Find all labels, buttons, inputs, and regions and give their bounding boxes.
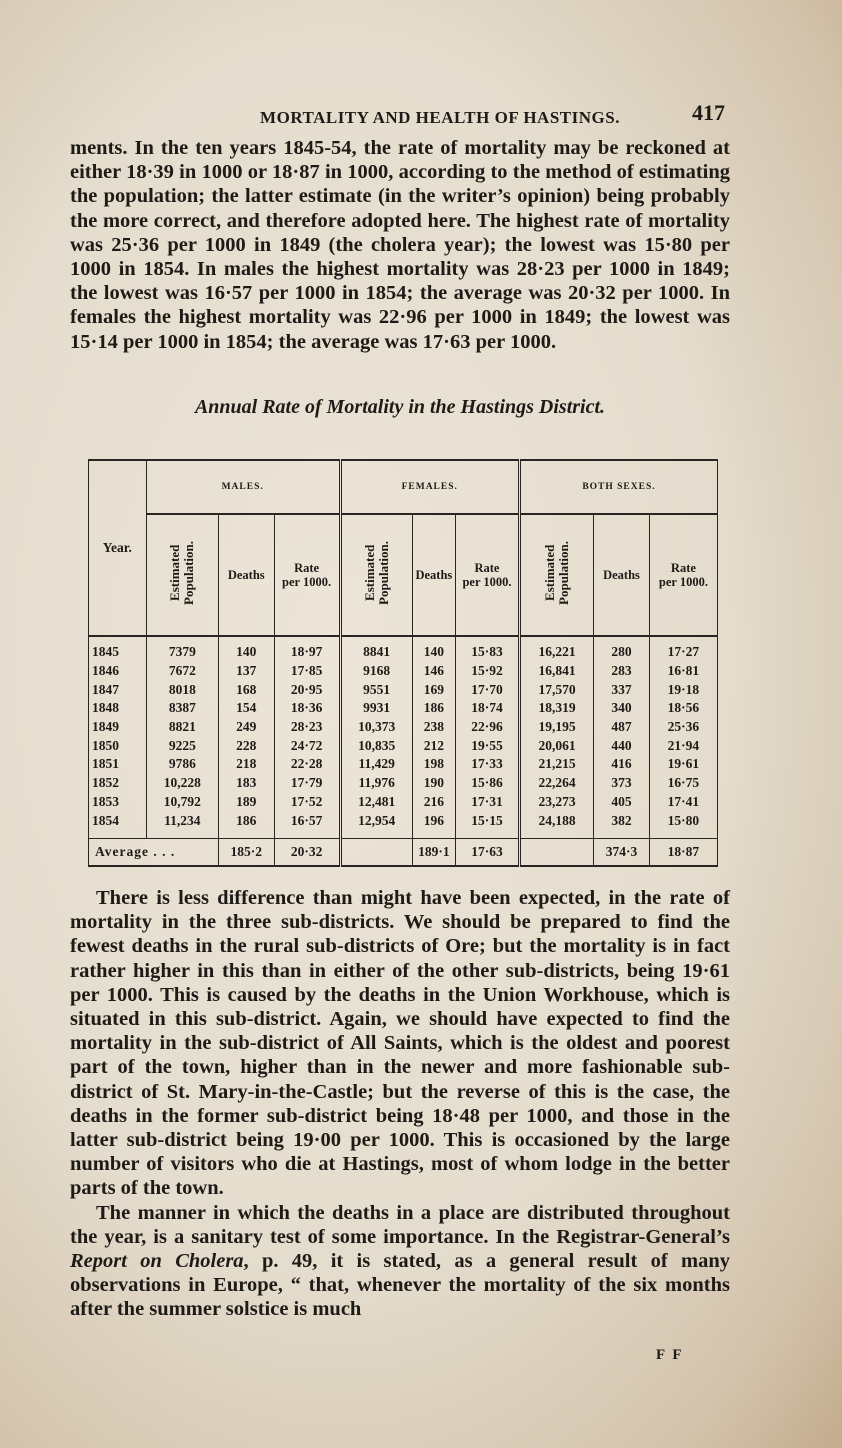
cell-female-population: 9168: [340, 662, 412, 681]
cell-male-deaths: 186: [218, 811, 274, 838]
cell-both-deaths: 487: [594, 718, 650, 737]
cell-male-population: 9786: [146, 755, 218, 774]
cell-female-rate: 15·86: [456, 774, 520, 793]
cell-both-population: 21,215: [519, 755, 593, 774]
cell-female-deaths: 196: [412, 811, 455, 838]
cell-both-rate: 19·18: [649, 680, 717, 699]
cell-both-rate: 21·94: [649, 736, 717, 755]
cell-male-rate: 16·57: [274, 811, 340, 838]
cell-female-population: 8841: [340, 636, 412, 662]
table-row: 1850922522824·7210,83521219·5520,0614402…: [89, 736, 718, 755]
cell-female-population: 9551: [340, 680, 412, 699]
cell-year: 1853: [89, 793, 147, 812]
cell-male-population: 8821: [146, 718, 218, 737]
cell-male-deaths: 183: [218, 774, 274, 793]
cell-both-deaths: 382: [594, 811, 650, 838]
group-females: FEMALES.: [340, 460, 519, 514]
running-title: MORTALITY AND HEALTH OF HASTINGS.: [180, 108, 700, 128]
table-row: 185310,79218917·5212,48121617·3123,27340…: [89, 793, 718, 812]
cell-male-deaths: 218: [218, 755, 274, 774]
cell-both-deaths: 280: [594, 636, 650, 662]
cell-female-deaths: 146: [412, 662, 455, 681]
cell-both-deaths: 405: [594, 793, 650, 812]
average-female-deaths: 189·1: [412, 838, 455, 866]
cell-both-population: 16,221: [519, 636, 593, 662]
header-both-deaths: Deaths: [594, 514, 650, 636]
paragraph-sub-districts: There is less difference than might have…: [70, 886, 730, 1322]
cell-both-population: 17,570: [519, 680, 593, 699]
cell-female-deaths: 140: [412, 636, 455, 662]
table-row: 1847801816820·95955116917·7017,57033719·…: [89, 680, 718, 699]
cell-male-population: 9225: [146, 736, 218, 755]
cell-both-population: 19,195: [519, 718, 593, 737]
page-number: 417: [692, 100, 725, 126]
cell-both-deaths: 283: [594, 662, 650, 681]
cell-male-population: 8018: [146, 680, 218, 699]
cell-male-rate: 20·95: [274, 680, 340, 699]
cell-year: 1851: [89, 755, 147, 774]
cell-female-deaths: 190: [412, 774, 455, 793]
cell-male-deaths: 140: [218, 636, 274, 662]
group-males: MALES.: [146, 460, 340, 514]
cell-year: 1848: [89, 699, 147, 718]
cell-female-rate: 15·83: [456, 636, 520, 662]
cell-year: 1852: [89, 774, 147, 793]
cell-both-rate: 18·56: [649, 699, 717, 718]
header-males-population: Estimated Population.: [146, 514, 218, 636]
cell-both-population: 22,264: [519, 774, 593, 793]
table-row: 1848838715418·36993118618·7418,31934018·…: [89, 699, 718, 718]
cell-male-population: 10,228: [146, 774, 218, 793]
cell-female-deaths: 212: [412, 736, 455, 755]
header-males-deaths: Deaths: [218, 514, 274, 636]
average-both-deaths: 374·3: [594, 838, 650, 866]
cell-male-deaths: 154: [218, 699, 274, 718]
cell-both-rate: 16·75: [649, 774, 717, 793]
table-row: 1849882124928·2310,37323822·9619,1954872…: [89, 718, 718, 737]
header-females-rate: Rate per 1000.: [456, 514, 520, 636]
cell-female-population: 9931: [340, 699, 412, 718]
cell-female-deaths: 216: [412, 793, 455, 812]
cell-male-deaths: 137: [218, 662, 274, 681]
average-label: Average . . .: [89, 838, 219, 866]
average-both-population: [519, 838, 593, 866]
cell-both-rate: 25·36: [649, 718, 717, 737]
average-male-deaths: 185·2: [218, 838, 274, 866]
cell-male-rate: 18·36: [274, 699, 340, 718]
table-row: 185210,22818317·7911,97619015·8622,26437…: [89, 774, 718, 793]
cell-male-deaths: 189: [218, 793, 274, 812]
table-row: 185411,23418616·5712,95419615·1524,18838…: [89, 811, 718, 838]
cell-male-population: 10,792: [146, 793, 218, 812]
report-title: Report on Cholera: [70, 1250, 244, 1272]
cell-male-population: 7379: [146, 636, 218, 662]
group-both-sexes: BOTH SEXES.: [519, 460, 717, 514]
average-row: Average . . . 185·2 20·32 189·1 17·63 37…: [89, 838, 718, 866]
average-female-rate: 17·63: [456, 838, 520, 866]
header-both-rate: Rate per 1000.: [649, 514, 717, 636]
cell-female-deaths: 238: [412, 718, 455, 737]
header-females-deaths: Deaths: [412, 514, 455, 636]
table-row: 1851978621822·2811,42919817·3321,2154161…: [89, 755, 718, 774]
cell-male-population: 11,234: [146, 811, 218, 838]
cell-male-deaths: 228: [218, 736, 274, 755]
header-both-population: Estimated Population.: [519, 514, 593, 636]
cell-both-population: 23,273: [519, 793, 593, 812]
cell-male-deaths: 249: [218, 718, 274, 737]
paragraph-intro: ments. In the ten years 1845-54, the rat…: [70, 136, 730, 354]
cell-both-population: 20,061: [519, 736, 593, 755]
cell-female-rate: 18·74: [456, 699, 520, 718]
cell-both-rate: 15·80: [649, 811, 717, 838]
paragraph-seasonal: The manner in which the deaths in a plac…: [70, 1201, 730, 1322]
cell-both-rate: 17·41: [649, 793, 717, 812]
signature-mark: F F: [656, 1347, 684, 1364]
cell-male-rate: 17·79: [274, 774, 340, 793]
cell-male-rate: 18·97: [274, 636, 340, 662]
header-females-population: Estimated Population.: [340, 514, 412, 636]
cell-year: 1846: [89, 662, 147, 681]
cell-both-deaths: 337: [594, 680, 650, 699]
cell-female-deaths: 169: [412, 680, 455, 699]
cell-both-deaths: 416: [594, 755, 650, 774]
table-row: 1846767213717·85916814615·9216,84128316·…: [89, 662, 718, 681]
cell-both-population: 24,188: [519, 811, 593, 838]
cell-both-deaths: 373: [594, 774, 650, 793]
book-page: MORTALITY AND HEALTH OF HASTINGS. 417 me…: [0, 0, 842, 1448]
cell-year: 1845: [89, 636, 147, 662]
header-males-rate: Rate per 1000.: [274, 514, 340, 636]
cell-male-rate: 17·85: [274, 662, 340, 681]
table-caption: Annual Rate of Mortality in the Hastings…: [70, 396, 730, 419]
average-both-rate: 18·87: [649, 838, 717, 866]
paragraph-text: ments. In the ten years 1845-54, the rat…: [70, 136, 730, 354]
cell-male-rate: 17·52: [274, 793, 340, 812]
average-male-rate: 20·32: [274, 838, 340, 866]
cell-both-deaths: 440: [594, 736, 650, 755]
table-row: 1845737914018·97884114015·8316,22128017·…: [89, 636, 718, 662]
cell-year: 1854: [89, 811, 147, 838]
cell-female-population: 10,373: [340, 718, 412, 737]
cell-male-population: 8387: [146, 699, 218, 718]
cell-female-population: 11,976: [340, 774, 412, 793]
cell-female-rate: 15·92: [456, 662, 520, 681]
cell-year: 1847: [89, 680, 147, 699]
paragraph-text: There is less difference than might have…: [70, 886, 730, 1201]
cell-female-deaths: 186: [412, 699, 455, 718]
cell-female-population: 10,835: [340, 736, 412, 755]
cell-female-deaths: 198: [412, 755, 455, 774]
cell-female-population: 12,954: [340, 811, 412, 838]
cell-male-rate: 28·23: [274, 718, 340, 737]
cell-year: 1850: [89, 736, 147, 755]
cell-male-rate: 22·28: [274, 755, 340, 774]
cell-year: 1849: [89, 718, 147, 737]
cell-female-rate: 17·31: [456, 793, 520, 812]
cell-female-rate: 17·33: [456, 755, 520, 774]
mortality-table: Year. MALES. FEMALES. BOTH SEXES. Estima…: [88, 459, 718, 867]
cell-female-population: 11,429: [340, 755, 412, 774]
cell-both-population: 18,319: [519, 699, 593, 718]
average-female-population: [340, 838, 412, 866]
cell-both-population: 16,841: [519, 662, 593, 681]
cell-female-population: 12,481: [340, 793, 412, 812]
cell-both-rate: 17·27: [649, 636, 717, 662]
cell-male-deaths: 168: [218, 680, 274, 699]
cell-female-rate: 22·96: [456, 718, 520, 737]
header-year: Year.: [89, 460, 147, 636]
cell-female-rate: 15·15: [456, 811, 520, 838]
cell-male-population: 7672: [146, 662, 218, 681]
cell-both-deaths: 340: [594, 699, 650, 718]
cell-both-rate: 16·81: [649, 662, 717, 681]
cell-both-rate: 19·61: [649, 755, 717, 774]
cell-female-rate: 17·70: [456, 680, 520, 699]
cell-female-rate: 19·55: [456, 736, 520, 755]
cell-male-rate: 24·72: [274, 736, 340, 755]
